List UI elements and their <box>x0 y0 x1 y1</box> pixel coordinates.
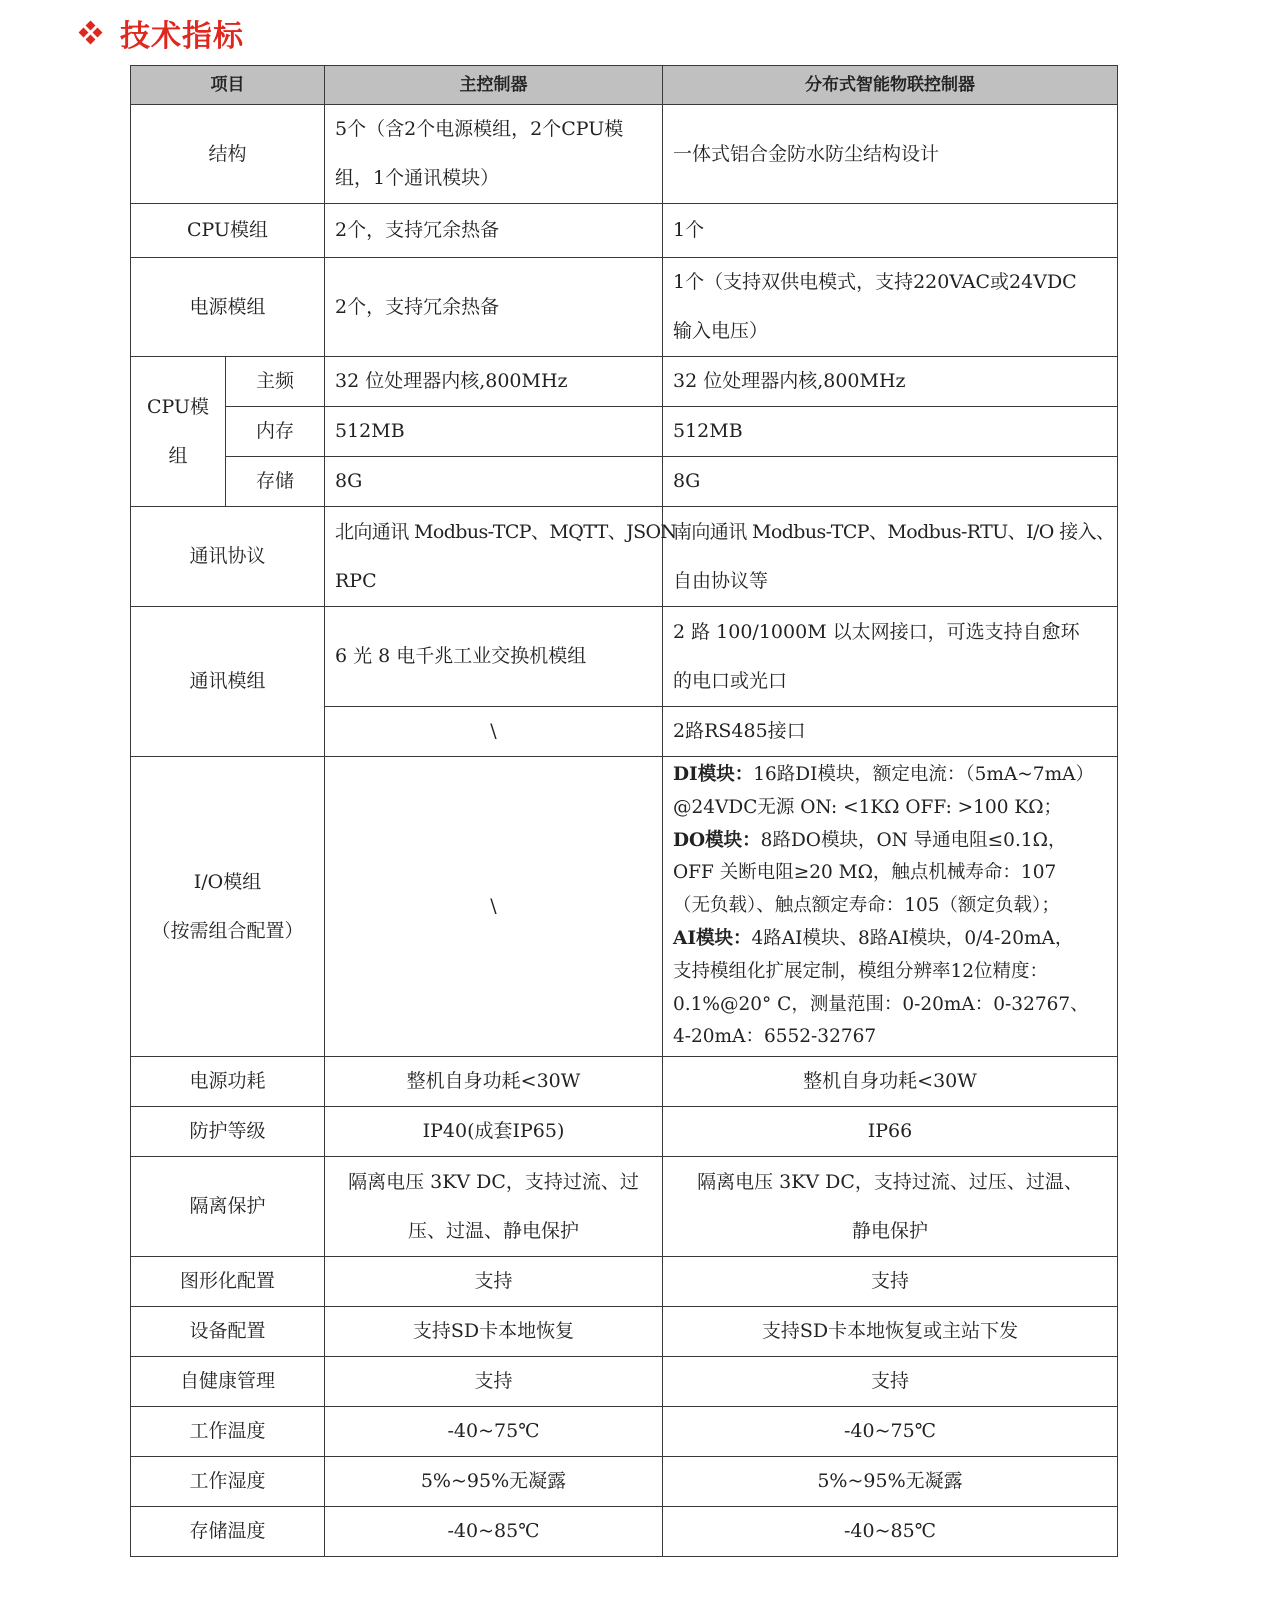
cell-dist: -40~75℃ <box>663 1407 1118 1457</box>
cell-dist: -40~85℃ <box>663 1507 1118 1557</box>
cell-dist: 1个 <box>663 204 1118 258</box>
row-label: 自健康管理 <box>131 1357 325 1407</box>
cell-dist: DI模块：16路DI模块，额定电流：（5mA~7mA） @24VDC无源 ON:… <box>663 757 1118 1057</box>
table-row-cpu-module: CPU模组 2个，支持冗余热备 1个 <box>131 204 1118 258</box>
row-sublabel: 主频 <box>226 357 325 407</box>
cell-dist: 南向通讯 Modbus-TCP、Modbus-RTU、I/O 接入、 自由协议等 <box>663 507 1118 607</box>
spec-table: 项目 主控制器 分布式智能物联控制器 结构 5个（含2个电源模组，2个CPU模 … <box>130 65 1118 1557</box>
row-group-label: CPU模 组 <box>131 357 226 507</box>
table-row-cpu-memory: 内存 512MB 512MB <box>131 407 1118 457</box>
table-row-cpu-storage: 存储 8G 8G <box>131 457 1118 507</box>
table-row-comm-module-a: 通讯模组 6 光 8 电千兆工业交换机模组 2 路 100/1000M 以太网接… <box>131 607 1118 707</box>
cell-text: 组，1个通讯模块） <box>335 154 652 203</box>
cell-text: RPC <box>335 557 652 606</box>
di-module-title: DI模块： <box>673 764 753 785</box>
cell-text: 1个（支持双供电模式，支持220VAC或24VDC <box>673 258 1107 307</box>
cell-dist: 支持 <box>663 1357 1118 1407</box>
cell-dist: 支持SD卡本地恢复或主站下发 <box>663 1307 1118 1357</box>
cell-dist: 2 路 100/1000M 以太网接口，可选支持自愈环 的电口或光口 <box>663 607 1118 707</box>
cell-text: 支持模组化扩展定制，模组分辨率12位精度： <box>673 956 1107 989</box>
cell-text: 隔离电压 3KV DC，支持过流、过 <box>335 1158 652 1207</box>
cell-dist: 隔离电压 3KV DC，支持过流、过压、过温、 静电保护 <box>663 1157 1118 1257</box>
cell-text: 16路DI模块，额定电流：（5mA~7mA） <box>753 764 1094 785</box>
cell-main: 2个，支持冗余热备 <box>325 204 663 258</box>
table-row-health: 自健康管理 支持 支持 <box>131 1357 1118 1407</box>
cell-dist: 8G <box>663 457 1118 507</box>
row-label: 通讯模组 <box>131 607 325 757</box>
table-row-work-humidity: 工作湿度 5%~95%无凝露 5%~95%无凝露 <box>131 1457 1118 1507</box>
header-item: 项目 <box>131 66 325 105</box>
cell-main: 6 光 8 电千兆工业交换机模组 <box>325 607 663 707</box>
cell-text: 0.1%@20° C，测量范围：0-20mA：0-32767、 <box>673 989 1107 1022</box>
header-distributed-controller: 分布式智能物联控制器 <box>663 66 1118 105</box>
header-main-controller: 主控制器 <box>325 66 663 105</box>
cell-dist: IP66 <box>663 1107 1118 1157</box>
cell-text: 2 路 100/1000M 以太网接口，可选支持自愈环 <box>673 608 1107 657</box>
cell-main: 512MB <box>325 407 663 457</box>
ai-module-title: AI模块： <box>673 928 752 949</box>
row-sublabel: 内存 <box>226 407 325 457</box>
row-label: 设备配置 <box>131 1307 325 1357</box>
cell-main: 8G <box>325 457 663 507</box>
row-label: I/O模组 （按需组合配置） <box>131 757 325 1057</box>
table-row-protection: 防护等级 IP40(成套IP65) IP66 <box>131 1107 1118 1157</box>
cell-main: -40~85℃ <box>325 1507 663 1557</box>
table-row-cpu-freq: CPU模 组 主频 32 位处理器内核,800MHz 32 位处理器内核,800… <box>131 357 1118 407</box>
table-row-power-module: 电源模组 2个，支持冗余热备 1个（支持双供电模式，支持220VAC或24VDC… <box>131 258 1118 357</box>
cell-dist: 一体式铝合金防水防尘结构设计 <box>663 105 1118 204</box>
cell-main: 32 位处理器内核,800MHz <box>325 357 663 407</box>
row-label: 工作温度 <box>131 1407 325 1457</box>
cell-main: 5%~95%无凝露 <box>325 1457 663 1507</box>
cell-main: \ <box>325 757 663 1057</box>
row-label: 工作湿度 <box>131 1457 325 1507</box>
table-row-graphic-config: 图形化配置 支持 支持 <box>131 1257 1118 1307</box>
table-row-isolation: 隔离保护 隔离电压 3KV DC，支持过流、过 压、过温、静电保护 隔离电压 3… <box>131 1157 1118 1257</box>
table-row-work-temp: 工作温度 -40~75℃ -40~75℃ <box>131 1407 1118 1457</box>
diamond-bullet-icon <box>80 22 102 44</box>
row-label: 隔离保护 <box>131 1157 325 1257</box>
row-label: 防护等级 <box>131 1107 325 1157</box>
cell-main: -40~75℃ <box>325 1407 663 1457</box>
cell-text: OFF 关断电阻≥20 MΩ，触点机械寿命：107 <box>673 857 1107 890</box>
row-label: 通讯协议 <box>131 507 325 607</box>
cell-text: 组 <box>141 432 215 481</box>
section-title: 技术指标 <box>120 11 244 55</box>
cell-main: 5个（含2个电源模组，2个CPU模 组，1个通讯模块） <box>325 105 663 204</box>
cell-main: 2个，支持冗余热备 <box>325 258 663 357</box>
cell-text: 压、过温、静电保护 <box>335 1207 652 1256</box>
cell-text: 南向通讯 Modbus-TCP、Modbus-RTU、I/O 接入、 <box>673 508 1107 557</box>
cell-main: IP40(成套IP65) <box>325 1107 663 1157</box>
cell-dist: 512MB <box>663 407 1118 457</box>
table-row-protocol: 通讯协议 北向通讯 Modbus-TCP、MQTT、JSON RPC 南向通讯 … <box>131 507 1118 607</box>
row-label: 结构 <box>131 105 325 204</box>
cell-dist: 支持 <box>663 1257 1118 1307</box>
cell-text: 5个（含2个电源模组，2个CPU模 <box>335 105 652 154</box>
cell-main: 隔离电压 3KV DC，支持过流、过 压、过温、静电保护 <box>325 1157 663 1257</box>
cell-text: 静电保护 <box>673 1207 1107 1256</box>
row-label: 图形化配置 <box>131 1257 325 1307</box>
cell-main: 北向通讯 Modbus-TCP、MQTT、JSON RPC <box>325 507 663 607</box>
row-label: 电源功耗 <box>131 1057 325 1107</box>
cell-text: （无负载）、触点额定寿命：105（额定负载）； <box>673 890 1107 923</box>
row-sublabel: 存储 <box>226 457 325 507</box>
cell-text: @24VDC无源 ON: <1KΩ OFF: >100 KΩ； <box>673 792 1107 825</box>
cell-text: 4-20mA：6552-32767 <box>673 1021 1107 1054</box>
table-row-device-config: 设备配置 支持SD卡本地恢复 支持SD卡本地恢复或主站下发 <box>131 1307 1118 1357</box>
table-row-storage-temp: 存储温度 -40~85℃ -40~85℃ <box>131 1507 1118 1557</box>
table-row-power-consumption: 电源功耗 整机自身功耗<30W 整机自身功耗<30W <box>131 1057 1118 1107</box>
cell-main: \ <box>325 707 663 757</box>
cell-dist: 整机自身功耗<30W <box>663 1057 1118 1107</box>
section-heading: 技术指标 <box>80 10 244 56</box>
cell-dist: 32 位处理器内核,800MHz <box>663 357 1118 407</box>
cell-main: 支持SD卡本地恢复 <box>325 1307 663 1357</box>
cell-text: CPU模 <box>141 383 215 432</box>
cell-dist: 2路RS485接口 <box>663 707 1118 757</box>
row-label: CPU模组 <box>131 204 325 258</box>
do-module-title: DO模块： <box>673 830 761 851</box>
cell-main: 支持 <box>325 1357 663 1407</box>
cell-main: 整机自身功耗<30W <box>325 1057 663 1107</box>
cell-text: 的电口或光口 <box>673 657 1107 706</box>
cell-text: I/O模组 <box>141 858 314 907</box>
cell-text: 隔离电压 3KV DC，支持过流、过压、过温、 <box>673 1158 1107 1207</box>
row-label: 电源模组 <box>131 258 325 357</box>
cell-text: 自由协议等 <box>673 557 1107 606</box>
table-header-row: 项目 主控制器 分布式智能物联控制器 <box>131 66 1118 105</box>
table-row-structure: 结构 5个（含2个电源模组，2个CPU模 组，1个通讯模块） 一体式铝合金防水防… <box>131 105 1118 204</box>
cell-text: （按需组合配置） <box>141 907 314 956</box>
cell-text: 8路DO模块，ON 导通电阻≤0.1Ω， <box>761 830 1067 851</box>
table-row-io-module: I/O模组 （按需组合配置） \ DI模块：16路DI模块，额定电流：（5mA~… <box>131 757 1118 1057</box>
cell-main: 支持 <box>325 1257 663 1307</box>
row-label: 存储温度 <box>131 1507 325 1557</box>
cell-text: 4路AI模块、8路AI模块，0/4-20mA， <box>752 928 1074 949</box>
cell-text: 北向通讯 Modbus-TCP、MQTT、JSON <box>335 508 652 557</box>
cell-text: 输入电压） <box>673 307 1107 356</box>
cell-dist: 5%~95%无凝露 <box>663 1457 1118 1507</box>
cell-dist: 1个（支持双供电模式，支持220VAC或24VDC 输入电压） <box>663 258 1118 357</box>
